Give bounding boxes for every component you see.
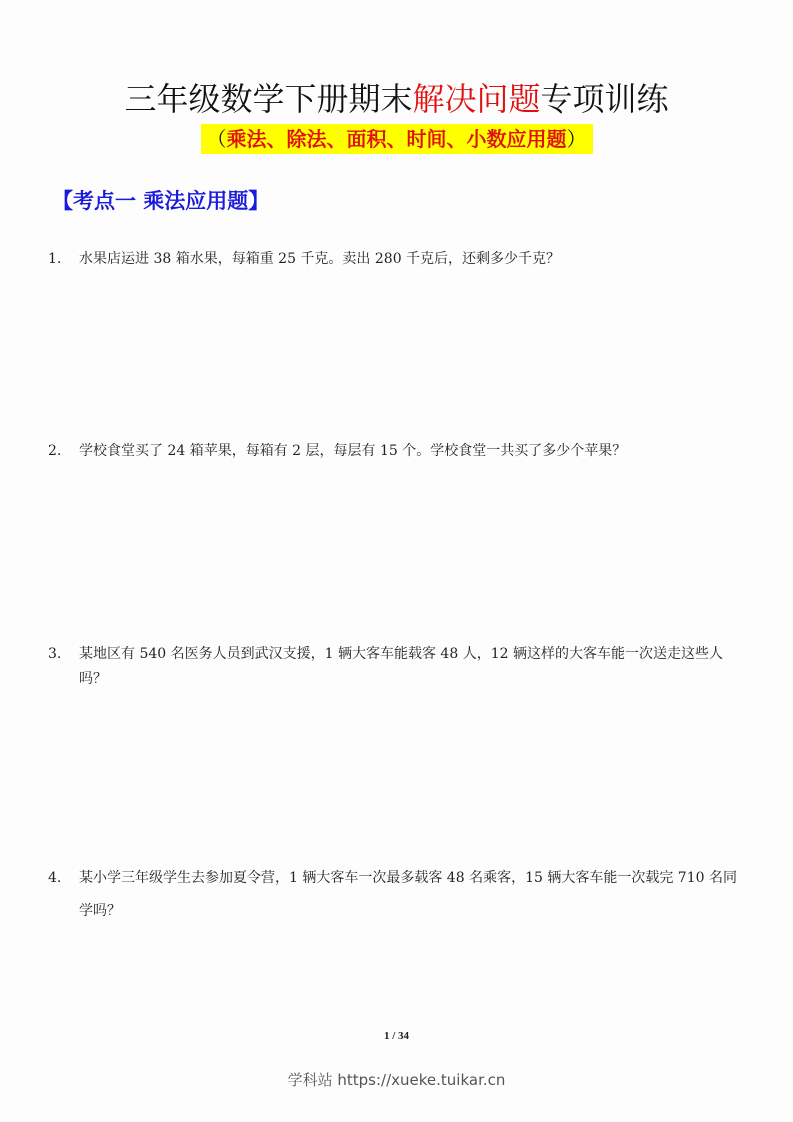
section-heading: 【考点一 乘法应用题】 bbox=[52, 186, 269, 216]
page-number: 1 / 34 bbox=[0, 1030, 793, 1042]
question-item: 1. 水果店运进 38 箱水果，每箱重 25 千克。卖出 280 千克后，还剩多… bbox=[48, 248, 748, 270]
question-text: 学校食堂买了 24 箱苹果，每箱有 2 层，每层有 15 个。学校食堂一共买了多… bbox=[79, 440, 748, 462]
subtitle-close-paren: ） bbox=[567, 127, 587, 151]
document-page: 三年级数学下册期末解决问题专项训练 （乘法、除法、面积、时间、小数应用题） 【考… bbox=[0, 0, 793, 1122]
subtitle-text: 乘法、除法、面积、时间、小数应用题 bbox=[227, 127, 567, 151]
document-title: 三年级数学下册期末解决问题专项训练 bbox=[0, 78, 793, 120]
question-number: 4. bbox=[48, 862, 76, 895]
title-part-1: 三年级数学下册期末 bbox=[124, 80, 412, 118]
question-item: 2. 学校食堂买了 24 箱苹果，每箱有 2 层，每层有 15 个。学校食堂一共… bbox=[48, 440, 748, 462]
subtitle-highlighted: （乘法、除法、面积、时间、小数应用题） bbox=[201, 124, 593, 154]
question-text: 某地区有 540 名医务人员到武汉支援，1 辆大客车能载客 48 人，12 辆这… bbox=[79, 642, 748, 692]
question-text: 水果店运进 38 箱水果，每箱重 25 千克。卖出 280 千克后，还剩多少千克… bbox=[79, 248, 748, 270]
title-highlight: 解决问题 bbox=[412, 80, 540, 118]
question-item: 4. 某小学三年级学生去参加夏令营，1 辆大客车一次最多载客 48 名乘客，15… bbox=[48, 862, 748, 928]
title-part-2: 专项训练 bbox=[541, 80, 669, 118]
question-number: 1. bbox=[48, 248, 76, 270]
subtitle-container: （乘法、除法、面积、时间、小数应用题） bbox=[0, 124, 793, 154]
question-number: 2. bbox=[48, 440, 76, 462]
watermark-footer: 学科站 https://xueke.tuikar.cn bbox=[0, 1069, 793, 1090]
question-text: 某小学三年级学生去参加夏令营，1 辆大客车一次最多载客 48 名乘客，15 辆大… bbox=[79, 862, 748, 928]
subtitle-open-paren: （ bbox=[207, 127, 227, 151]
question-item: 3. 某地区有 540 名医务人员到武汉支援，1 辆大客车能载客 48 人，12… bbox=[48, 642, 748, 692]
question-number: 3. bbox=[48, 642, 76, 667]
